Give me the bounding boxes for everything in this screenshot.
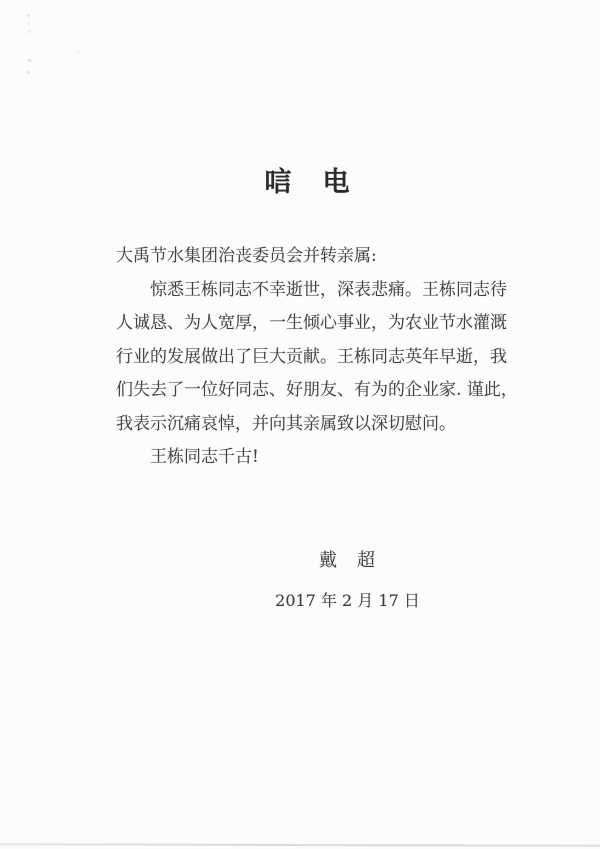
tribute-line: 王栋同志千古! (116, 441, 516, 475)
scan-artifact (27, 22, 30, 25)
scan-edge-shadow (0, 843, 600, 847)
signature-block: 戴 超 2017 年 2 月 17 日 (265, 546, 430, 611)
scan-artifact (28, 30, 31, 33)
letter-body: 大禹节水集团治丧委员会并转亲属: 惊悉王栋同志不幸逝世，深表悲痛。王栋同志待 人… (116, 240, 516, 475)
signature-name: 戴 超 (265, 546, 430, 572)
body-line: 们失去了一位好同志、好朋友、有为的企业家. 谨此， (116, 374, 516, 408)
body-line: 我表示沉痛哀悼，并向其亲属致以深切慰问。 (116, 408, 516, 442)
body-line: 惊悉王栋同志不幸逝世，深表悲痛。王栋同志待 (116, 274, 516, 308)
scan-artifact (28, 59, 31, 62)
scan-artifact (27, 71, 30, 74)
body-line: 人诚恳、为人宽厚，一生倾心事业，为农业节水灌溉 (116, 307, 516, 341)
scan-artifact (27, 14, 30, 17)
letter-date: 2017 年 2 月 17 日 (265, 588, 430, 611)
scan-artifact (77, 50, 80, 53)
salutation-line: 大禹节水集团治丧委员会并转亲属: (116, 240, 516, 274)
scanned-letter-page: 唁 电 大禹节水集团治丧委员会并转亲属: 惊悉王栋同志不幸逝世，深表悲痛。王栋同… (0, 0, 600, 849)
letter-title: 唁 电 (116, 160, 500, 199)
body-line: 行业的发展做出了巨大贡献。王栋同志英年早逝，我 (116, 341, 516, 375)
